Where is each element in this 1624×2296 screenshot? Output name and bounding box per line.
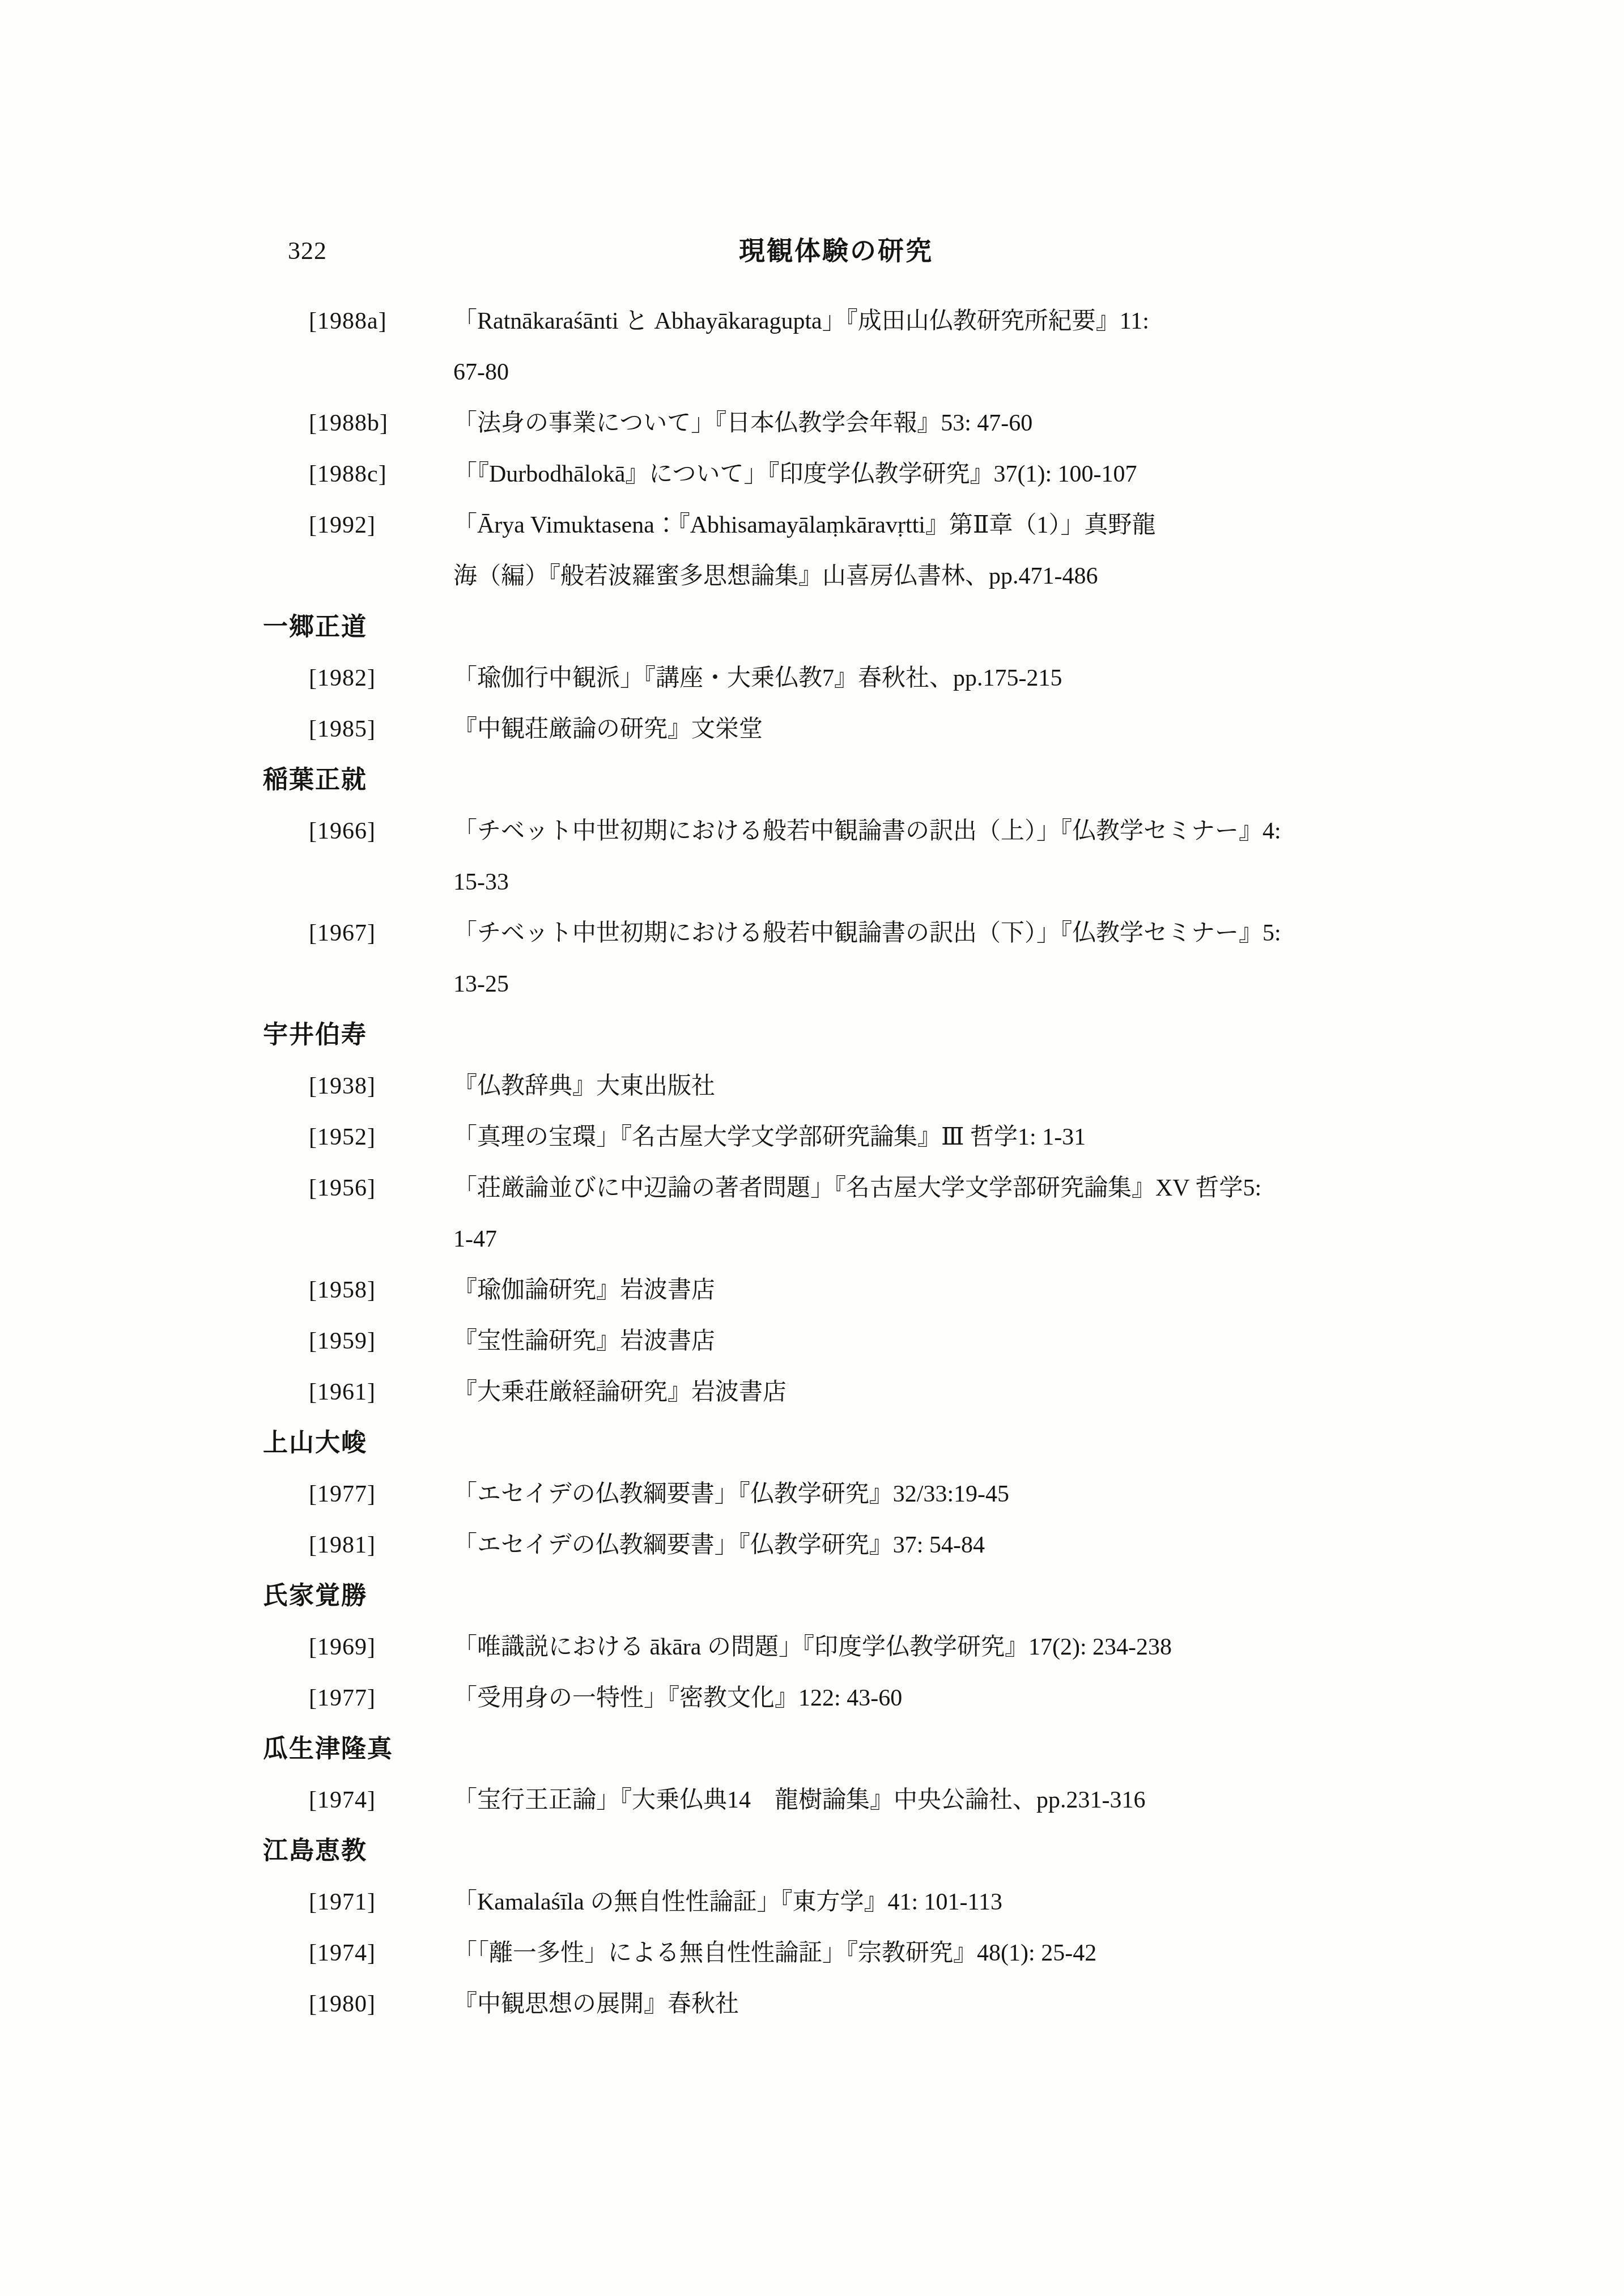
entry-text: 『瑜伽論研究』岩波書店 [453, 1265, 715, 1316]
author-heading: 上山大峻 [263, 1418, 367, 1469]
entry-continuation-text: 海（編）『般若波羅蜜多思想論集』山喜房仏書林、pp.471-486 [453, 551, 1098, 602]
bibliography-line: [1992]「Ārya Vimuktasena：『Abhisamayālaṃkā… [0, 500, 1624, 551]
entry-year-label: [1985] [309, 704, 376, 755]
bibliography-line: [1985]『中観荘厳論の研究』文栄堂 [0, 704, 1624, 755]
entry-year-label: [1952] [309, 1112, 376, 1163]
entry-text: 『大乗荘厳経論研究』岩波書店 [453, 1367, 787, 1418]
bibliography-line: [1988c]「『Durbodhālokā』について」『印度学仏教学研究』37(… [0, 449, 1624, 500]
entry-text: 『中観思想の展開』春秋社 [453, 1979, 739, 2030]
entry-text: 「瑜伽行中観派」『講座・大乗仏教7』春秋社、pp.175-215 [453, 653, 1062, 704]
entry-year-label: [1977] [309, 1469, 376, 1520]
entry-text: 「荘厳論並びに中辺論の著者問題」『名古屋大学文学部研究論集』XV 哲学5: [453, 1163, 1261, 1214]
bibliography-line: 海（編）『般若波羅蜜多思想論集』山喜房仏書林、pp.471-486 [0, 551, 1624, 602]
bibliography-line: [1959]『宝性論研究』岩波書店 [0, 1316, 1624, 1367]
bibliography-line: 江島恵教 [0, 1826, 1624, 1877]
bibliography-line: 15-33 [0, 857, 1624, 908]
entry-year-label: [1958] [309, 1265, 376, 1316]
entry-year-label: [1959] [309, 1316, 376, 1367]
bibliography-line: 上山大峻 [0, 1418, 1624, 1469]
bibliography-line: 稲葉正就 [0, 755, 1624, 806]
bibliography-line: [1958]『瑜伽論研究』岩波書店 [0, 1265, 1624, 1316]
entry-year-label: [1988b] [309, 398, 388, 449]
bibliography-line: [1988b]「法身の事業について」『日本仏教学会年報』53: 47-60 [0, 398, 1624, 449]
page-header-title: 現観体験の研究 [739, 231, 933, 271]
bibliography-line: [1938]『仏教辞典』大東出版社 [0, 1061, 1624, 1112]
author-heading: 一郷正道 [263, 602, 367, 653]
entry-year-label: [1956] [309, 1163, 376, 1214]
entry-year-label: [1981] [309, 1520, 376, 1571]
author-heading: 江島恵教 [263, 1826, 367, 1877]
entry-text: 「Ratnākaraśānti と Abhayākaragupta」『成田山仏教… [453, 296, 1149, 347]
bibliography-line: [1961]『大乗荘厳経論研究』岩波書店 [0, 1367, 1624, 1418]
scanned-bibliography-page: 322 現観体験の研究 [1988a]「Ratnākaraśānti と Abh… [0, 0, 1624, 2296]
bibliography-line: [1969]「唯識説における ākāra の問題」『印度学仏教学研究』17(2)… [0, 1622, 1624, 1673]
entry-text: 「宝行王正論」『大乗仏典14 龍樹論集』中央公論社、pp.231-316 [453, 1775, 1146, 1826]
entry-year-label: [1982] [309, 653, 376, 704]
running-head: 322 現観体験の研究 [0, 231, 1624, 271]
entry-year-label: [1980] [309, 1979, 376, 2030]
entry-text: 「チベット中世初期における般若中観論書の訳出（上）」『仏教学セミナー』4: [453, 806, 1281, 857]
entry-text: 「唯識説における ākāra の問題」『印度学仏教学研究』17(2): 234-… [453, 1622, 1172, 1673]
entry-year-label: [1961] [309, 1367, 376, 1418]
author-heading: 宇井伯寿 [263, 1010, 367, 1061]
bibliography-line: [1971]「Kamalaśīla の無自性性論証」『東方学』41: 101-1… [0, 1877, 1624, 1928]
bibliography-line: [1974]「宝行王正論」『大乗仏典14 龍樹論集』中央公論社、pp.231-3… [0, 1775, 1624, 1826]
entry-year-label: [1977] [309, 1673, 376, 1724]
entry-year-label: [1974] [309, 1775, 376, 1826]
entry-text: 「チベット中世初期における般若中観論書の訳出（下）」『仏教学セミナー』5: [453, 908, 1281, 959]
entry-text: 「エセイデの仏教綱要書」『仏教学研究』37: 54-84 [453, 1520, 985, 1571]
entry-text: 「法身の事業について」『日本仏教学会年報』53: 47-60 [453, 398, 1032, 449]
entry-continuation-text: 15-33 [453, 857, 509, 908]
entry-text: 「Kamalaśīla の無自性性論証」『東方学』41: 101-113 [453, 1877, 1002, 1928]
bibliography-line: [1977]「エセイデの仏教綱要書」『仏教学研究』32/33:19-45 [0, 1469, 1624, 1520]
author-heading: 氏家覚勝 [263, 1571, 367, 1622]
entry-text: 「『Durbodhālokā』について」『印度学仏教学研究』37(1): 100… [453, 449, 1137, 500]
bibliography-line: [1980]『中観思想の展開』春秋社 [0, 1979, 1624, 2030]
bibliography-line: [1966]「チベット中世初期における般若中観論書の訳出（上）」『仏教学セミナー… [0, 806, 1624, 857]
entry-continuation-text: 67-80 [453, 347, 509, 398]
entry-year-label: [1988c] [309, 449, 387, 500]
entry-text: 『仏教辞典』大東出版社 [453, 1061, 715, 1112]
bibliography-line: [1974]「「離一多性」による無自性性論証」『宗教研究』48(1): 25-4… [0, 1928, 1624, 1979]
entry-text: 『中観荘厳論の研究』文栄堂 [453, 704, 763, 755]
bibliography-line: [1977]「受用身の一特性」『密教文化』122: 43-60 [0, 1673, 1624, 1724]
entry-text: 『宝性論研究』岩波書店 [453, 1316, 715, 1367]
bibliography-line: [1967]「チベット中世初期における般若中観論書の訳出（下）」『仏教学セミナー… [0, 908, 1624, 959]
author-heading: 稲葉正就 [263, 755, 367, 806]
entry-year-label: [1969] [309, 1622, 376, 1673]
entry-text: 「真理の宝環」『名古屋大学文学部研究論集』Ⅲ 哲学1: 1-31 [453, 1112, 1086, 1163]
entry-year-label: [1992] [309, 500, 376, 551]
bibliography-line: 1-47 [0, 1214, 1624, 1265]
entry-text: 「「離一多性」による無自性性論証」『宗教研究』48(1): 25-42 [453, 1928, 1096, 1979]
bibliography-line: [1956]「荘厳論並びに中辺論の著者問題」『名古屋大学文学部研究論集』XV 哲… [0, 1163, 1624, 1214]
bibliography-line: 13-25 [0, 959, 1624, 1010]
bibliography-line: 氏家覚勝 [0, 1571, 1624, 1622]
bibliography-line: [1988a]「Ratnākaraśānti と Abhayākaragupta… [0, 296, 1624, 347]
bibliography-line: 67-80 [0, 347, 1624, 398]
bibliography-line: 一郷正道 [0, 602, 1624, 653]
bibliography-line: 宇井伯寿 [0, 1010, 1624, 1061]
entry-text: 「受用身の一特性」『密教文化』122: 43-60 [453, 1673, 902, 1724]
entry-year-label: [1971] [309, 1877, 376, 1928]
entry-text: 「エセイデの仏教綱要書」『仏教学研究』32/33:19-45 [453, 1469, 1009, 1520]
entry-year-label: [1974] [309, 1928, 376, 1979]
entry-year-label: [1988a] [309, 296, 387, 347]
entry-year-label: [1966] [309, 806, 376, 857]
bibliography-line: [1952]「真理の宝環」『名古屋大学文学部研究論集』Ⅲ 哲学1: 1-31 [0, 1112, 1624, 1163]
entry-year-label: [1967] [309, 908, 376, 959]
bibliography-line: [1982]「瑜伽行中観派」『講座・大乗仏教7』春秋社、pp.175-215 [0, 653, 1624, 704]
entry-continuation-text: 1-47 [453, 1214, 497, 1265]
entry-continuation-text: 13-25 [453, 959, 509, 1010]
author-heading: 瓜生津隆真 [263, 1724, 393, 1775]
bibliography-line: [1981]「エセイデの仏教綱要書」『仏教学研究』37: 54-84 [0, 1520, 1624, 1571]
page-number: 322 [288, 231, 327, 271]
entry-text: 「Ārya Vimuktasena：『Abhisamayālaṃkāravṛtt… [453, 500, 1156, 551]
bibliography-list: [1988a]「Ratnākaraśānti と Abhayākaragupta… [0, 296, 1624, 2030]
entry-year-label: [1938] [309, 1061, 376, 1112]
bibliography-line: 瓜生津隆真 [0, 1724, 1624, 1775]
